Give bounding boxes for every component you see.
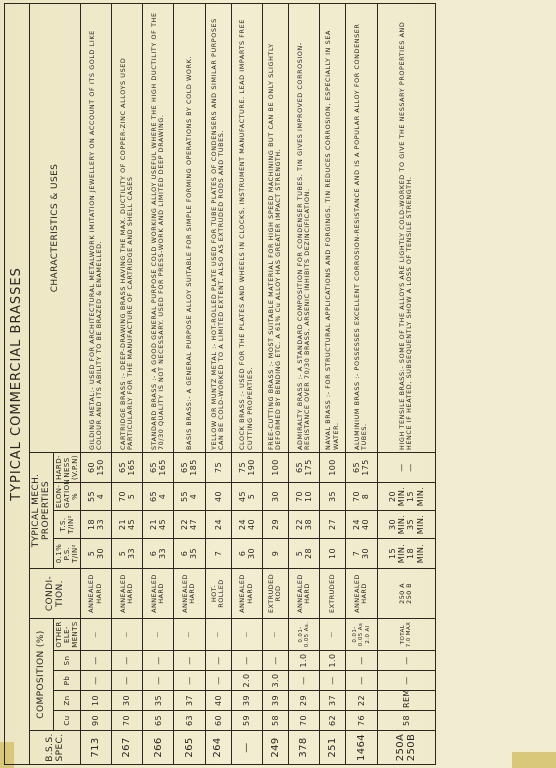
table-title: TYPICAL COMMERCIAL BRASSES (5, 4, 30, 765)
header-sn: Sn (53, 651, 80, 671)
zn-cell: 37 (174, 691, 205, 711)
condition-value: HARD (304, 571, 311, 616)
characteristics-cell: FREE-CUTTING BRASS :- MOST SUITABLE MATE… (262, 4, 288, 453)
cu-cell: 60 (205, 711, 231, 731)
proof-stress-cell: 10 (320, 539, 346, 569)
condition-value: ROD (275, 571, 282, 616)
proof-stress-cell: 730 (346, 539, 378, 569)
elongation-cell: 554 (80, 483, 111, 511)
hardness-cell: 65175 (289, 453, 320, 483)
zn-cell: 37 (320, 691, 346, 711)
hv-value: 75 (238, 455, 247, 480)
hv-value: 190 (247, 455, 256, 480)
table-row: — 59 39 2.0 — — ANNEALEDHARD 630 2440 45… (231, 4, 262, 765)
hardness-cell: 100 (262, 453, 288, 483)
condition-cell: ANNEALEDHARD (80, 569, 111, 619)
pb-cell: — (346, 671, 378, 691)
header-other: OTHER ELE-MENTS (53, 619, 80, 651)
paper-margin (440, 0, 556, 768)
ps-value: 30 (361, 541, 370, 566)
el-value: 70 (352, 485, 361, 508)
ps-value: 5 (295, 541, 304, 566)
zn-cell: 30 (112, 691, 143, 711)
hv-value: 175 (304, 455, 313, 480)
ps-value: 5 (87, 541, 96, 566)
el-value: 4 (96, 485, 105, 508)
pb-cell: — (112, 671, 143, 691)
hv-value: 65 (180, 455, 189, 480)
bss-spec-cell: 265 (174, 731, 205, 765)
hv-value: — (397, 455, 406, 480)
el-value: 5 (247, 485, 256, 508)
condition-cell: 250 A250 B (377, 569, 435, 619)
table-row: 713 90 10 — — — ANNEALEDHARD 530 1833 55… (80, 4, 111, 765)
condition-cell: ANNEALEDHARD (289, 569, 320, 619)
pb-cell: — (320, 671, 346, 691)
el-value: 8 (361, 485, 370, 508)
condition-cell: ANNEALEDHARD (112, 569, 143, 619)
condition-cell: HOT-ROLLED (205, 569, 231, 619)
el-value: 4 (189, 485, 198, 508)
hv-value: 100 (328, 455, 337, 480)
condition-value: HARD (189, 571, 196, 616)
condition-value: ROLLED (218, 571, 225, 616)
table-row: 250A 250B 58 REM — — TOTAL 7.0 MAX 250 A… (377, 4, 435, 765)
ts-value: 35 MIN. (406, 513, 424, 536)
header-composition: COMPOSITION (%) (30, 619, 54, 731)
bss-spec-cell: 713 (80, 731, 111, 765)
header-mech-properties: TYPICAL MECH. PROPERTIES (30, 453, 54, 569)
el-value: 45 (238, 485, 247, 508)
condition-cell: ANNEALEDHARD (346, 569, 378, 619)
ts-value: 40 (247, 513, 256, 536)
hv-value: 65 (149, 455, 158, 480)
proof-stress-cell: 528 (289, 539, 320, 569)
ps-value: 9 (271, 541, 280, 566)
sn-cell: — (112, 651, 143, 671)
table-row: 266 65 35 — — — ANNEALEDHARD 633 2145 65… (143, 4, 174, 765)
characteristics-cell: CLOCK BRASS :- USED FOR THE PLATES AND W… (231, 4, 262, 453)
condition-value: HARD (247, 571, 254, 616)
header-characteristics: CHARACTERISTICS & USES (30, 4, 81, 453)
hardness-cell: 60150 (80, 453, 111, 483)
condition-cell: ANNEALEDHARD (143, 569, 174, 619)
ts-value: 45 (158, 513, 167, 536)
pb-cell: — (143, 671, 174, 691)
sn-cell: 1.0 (320, 651, 346, 671)
ts-value: 22 (295, 513, 304, 536)
hv-value: 75 (214, 455, 223, 480)
cu-cell: 58 (262, 711, 288, 731)
cu-cell: 63 (174, 711, 205, 731)
ps-value: 28 (304, 541, 313, 566)
ps-value: 6 (238, 541, 247, 566)
proof-stress-cell: 633 (143, 539, 174, 569)
hv-value: 100 (271, 455, 280, 480)
tensile-strength-cell: 2440 (231, 511, 262, 539)
zn-cell: 22 (346, 691, 378, 711)
characteristics-cell: HIGH TENSILE BRASS:- SOME OF THE ALLOYS … (377, 4, 435, 453)
tensile-strength-cell: 1833 (80, 511, 111, 539)
hv-value: 150 (96, 455, 105, 480)
condition-value: HARD (158, 571, 165, 616)
el-value: 35 (328, 485, 337, 508)
zn-cell: 35 (143, 691, 174, 711)
sn-cell: — (377, 651, 435, 671)
hardness-cell: —— (377, 453, 435, 483)
characteristics-cell: NAVAL BRASS :- FOR STRUCTURAL APPLICATIO… (320, 4, 346, 453)
ts-value: 24 (352, 513, 361, 536)
zn-cell: 40 (205, 691, 231, 711)
characteristics-cell: ALUMINIUM BRASS :- POSSESSES EXCELLENT C… (346, 4, 378, 453)
other-elements-cell: — (231, 619, 262, 651)
ps-value: 33 (127, 541, 136, 566)
header-hardness: HARD-NESS (V.P.N) (53, 453, 80, 483)
proof-stress-cell: 9 (262, 539, 288, 569)
other-elements-cell: — (174, 619, 205, 651)
cu-cell: 59 (231, 711, 262, 731)
zn-cell: 39 (231, 691, 262, 711)
characteristics-cell: BASIS BRASS:- A GENERAL PURPOSE ALLOY SU… (174, 4, 205, 453)
cu-cell: 62 (320, 711, 346, 731)
elongation-cell: 554 (174, 483, 205, 511)
pb-cell: — (289, 671, 320, 691)
el-value: 4 (158, 485, 167, 508)
elongation-cell: 30 (262, 483, 288, 511)
tensile-strength-cell: 24 (205, 511, 231, 539)
zn-cell: 29 (289, 691, 320, 711)
cu-cell: 76 (346, 711, 378, 731)
tape-mark (512, 752, 556, 768)
header-pb: Pb (53, 671, 80, 691)
characteristics-cell: GILDING METAL:- USED FOR ARCHITECTURAL M… (80, 4, 111, 453)
characteristics-cell: STANDARD BRASS :- A GOOD GENERAL PURPOSE… (143, 4, 174, 453)
ts-value: 40 (361, 513, 370, 536)
cu-cell: 90 (80, 711, 111, 731)
other-elements-cell: 0.01-0.05 As. (289, 619, 320, 651)
header-zn: Zn (53, 691, 80, 711)
hv-value: 65 (295, 455, 304, 480)
ps-value: 10 (328, 541, 337, 566)
sn-cell: — (143, 651, 174, 671)
tensile-strength-cell: 2145 (143, 511, 174, 539)
hv-value: 65 (352, 455, 361, 480)
ts-value: 45 (127, 513, 136, 536)
table-row: 264 60 40 — — — HOT-ROLLED 7 24 40 75 YE… (205, 4, 231, 765)
bss-spec-cell: 1464 (346, 731, 378, 765)
hardness-cell: 75190 (231, 453, 262, 483)
hv-value: 165 (158, 455, 167, 480)
tensile-strength-cell: 2247 (174, 511, 205, 539)
sn-cell: — (262, 651, 288, 671)
hv-value: 60 (87, 455, 96, 480)
ts-value: 33 (96, 513, 105, 536)
condition-value: HARD (127, 571, 134, 616)
tensile-strength-cell: 30 MIN.35 MIN. (377, 511, 435, 539)
elongation-cell: 20 MIN.15 MIN. (377, 483, 435, 511)
header-tensile-strength: T.S. T/IN² (53, 511, 80, 539)
other-elements-cell: — (205, 619, 231, 651)
elongation-cell: 35 (320, 483, 346, 511)
hardness-cell: 75 (205, 453, 231, 483)
characteristics-cell: CARTRIDGE BRASS :- DEEP-DRAWING BRASS HA… (112, 4, 143, 453)
hardness-cell: 100 (320, 453, 346, 483)
sn-cell: 1.0 (289, 651, 320, 671)
ts-value: 24 (238, 513, 247, 536)
proof-stress-cell: 530 (80, 539, 111, 569)
cu-cell: 70 (112, 711, 143, 731)
condition-value: HARD (96, 571, 103, 616)
table-row: 267 70 30 — — — ANNEALEDHARD 533 2145 70… (112, 4, 143, 765)
other-elements-cell: — (112, 619, 143, 651)
condition-value: HARD (361, 571, 368, 616)
zn-cell: 10 (80, 691, 111, 711)
table-row: 249 58 39 3.0 — — EXTRUDEDROD 9 29 30 10… (262, 4, 288, 765)
condition-cell: EXTRUDED (320, 569, 346, 619)
hardness-cell: 65165 (112, 453, 143, 483)
zn-cell: 39 (262, 691, 288, 711)
el-value: 20 MIN. (388, 485, 406, 508)
ts-value: 24 (214, 513, 223, 536)
pb-cell: 2.0 (231, 671, 262, 691)
condition-value: 250 B (406, 571, 413, 616)
sn-cell: — (205, 651, 231, 671)
other-elements-cell: TOTAL 7.0 MAX (377, 619, 435, 651)
pb-cell: — (205, 671, 231, 691)
hv-value: 185 (189, 455, 198, 480)
tensile-strength-cell: 2440 (346, 511, 378, 539)
hardness-cell: 65175 (346, 453, 378, 483)
tensile-strength-cell: 2238 (289, 511, 320, 539)
elongation-cell: 708 (346, 483, 378, 511)
other-elements-cell: 0.01-0.05 As 2.0 Al (346, 619, 378, 651)
zn-cell: REM (377, 691, 435, 711)
proof-stress-cell: 7 (205, 539, 231, 569)
bss-spec-cell: 378 (289, 731, 320, 765)
header-condition: CONDI-TION. (30, 569, 81, 619)
ps-value: 7 (214, 541, 223, 566)
condition-cell: EXTRUDEDROD (262, 569, 288, 619)
hardness-cell: 65165 (143, 453, 174, 483)
tensile-strength-cell: 29 (262, 511, 288, 539)
el-value: 70 (295, 485, 304, 508)
cu-cell: 58 (377, 711, 435, 731)
hv-value: 175 (361, 455, 370, 480)
condition-value: EXTRUDED (329, 571, 336, 616)
brasses-table: TYPICAL COMMERCIAL BRASSES B.S.S. SPEC. … (4, 3, 436, 765)
ps-value: 6 (149, 541, 158, 566)
elongation-cell: 455 (231, 483, 262, 511)
ts-value: 27 (328, 513, 337, 536)
table-row: 251 62 37 — 1.0 — EXTRUDED 10 27 35 100 … (320, 4, 346, 765)
el-value: 10 (304, 485, 313, 508)
elongation-cell: 705 (112, 483, 143, 511)
ts-value: 29 (271, 513, 280, 536)
cu-cell: 65 (143, 711, 174, 731)
proof-stress-cell: 630 (231, 539, 262, 569)
header-bss-spec: B.S.S. SPEC. (30, 731, 81, 765)
el-value: 30 (271, 485, 280, 508)
pb-cell: — (174, 671, 205, 691)
bss-spec-cell: 251 (320, 731, 346, 765)
ps-value: 33 (158, 541, 167, 566)
ps-value: 7 (352, 541, 361, 566)
bss-spec-cell: 264 (205, 731, 231, 765)
pb-cell: 3.0 (262, 671, 288, 691)
characteristics-cell: YELLOW OR MUNTZ METAL :- HOT-ROLLED PLAT… (205, 4, 231, 453)
elongation-cell: 40 (205, 483, 231, 511)
el-value: 70 (118, 485, 127, 508)
tensile-strength-cell: 27 (320, 511, 346, 539)
table-row: 265 63 37 — — — ANNEALEDHARD 635 2247 55… (174, 4, 205, 765)
bss-spec-cell: — (231, 731, 262, 765)
ps-value: 30 (96, 541, 105, 566)
ps-value: 5 (118, 541, 127, 566)
header-cu: Cu (53, 711, 80, 731)
el-value: 15 MIN. (406, 485, 424, 508)
el-value: 55 (180, 485, 189, 508)
proof-stress-cell: 533 (112, 539, 143, 569)
ps-value: 6 (180, 541, 189, 566)
ps-value: 30 (247, 541, 256, 566)
proof-stress-cell: 15 MIN.18 MIN. (377, 539, 435, 569)
pb-cell: — (377, 671, 435, 691)
hardness-cell: 65185 (174, 453, 205, 483)
table-row: 378 70 29 — 1.0 0.01-0.05 As. ANNEALEDHA… (289, 4, 320, 765)
bss-spec-cell: 266 (143, 731, 174, 765)
hv-value: — (406, 455, 415, 480)
characteristics-cell: ADMIRALTY BRASS :- A STANDARD COMPOSITIO… (289, 4, 320, 453)
header-proof-stress: 0.1% P.S. T/IN² (53, 539, 80, 569)
condition-cell: ANNEALEDHARD (231, 569, 262, 619)
el-value: 40 (214, 485, 223, 508)
bss-spec-cell: 267 (112, 731, 143, 765)
ps-value: 18 MIN. (406, 541, 424, 566)
hv-value: 65 (118, 455, 127, 480)
el-value: 55 (87, 485, 96, 508)
header-elongation: ELON-GATION % (53, 483, 80, 511)
sn-cell: — (80, 651, 111, 671)
cu-cell: 70 (289, 711, 320, 731)
el-value: 65 (149, 485, 158, 508)
ts-value: 18 (87, 513, 96, 536)
sn-cell: — (231, 651, 262, 671)
ts-value: 38 (304, 513, 313, 536)
pb-cell: — (80, 671, 111, 691)
proof-stress-cell: 635 (174, 539, 205, 569)
ts-value: 22 (180, 513, 189, 536)
ts-value: 21 (149, 513, 158, 536)
condition-cell: ANNEALEDHARD (174, 569, 205, 619)
bss-spec-cell: 250A 250B (377, 731, 435, 765)
table-row: 1464 76 22 — — 0.01-0.05 As 2.0 Al ANNEA… (346, 4, 378, 765)
ts-value: 21 (118, 513, 127, 536)
sn-cell: — (346, 651, 378, 671)
other-elements-cell: — (262, 619, 288, 651)
other-elements-cell: — (320, 619, 346, 651)
elongation-cell: 7010 (289, 483, 320, 511)
brasses-document: TYPICAL COMMERCIAL BRASSES B.S.S. SPEC. … (4, 3, 436, 765)
ts-value: 30 MIN. (388, 513, 406, 536)
el-value: 5 (127, 485, 136, 508)
bss-spec-cell: 249 (262, 731, 288, 765)
tensile-strength-cell: 2145 (112, 511, 143, 539)
ps-value: 35 (189, 541, 198, 566)
elongation-cell: 654 (143, 483, 174, 511)
sn-cell: — (174, 651, 205, 671)
other-elements-cell: — (80, 619, 111, 651)
other-elements-cell: — (143, 619, 174, 651)
ps-value: 15 MIN. (388, 541, 406, 566)
ts-value: 47 (189, 513, 198, 536)
hv-value: 165 (127, 455, 136, 480)
